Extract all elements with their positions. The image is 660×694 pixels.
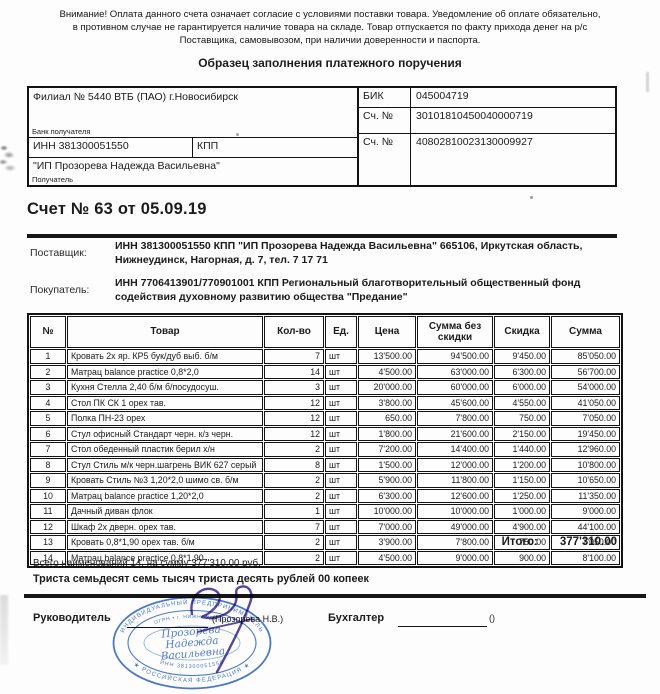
corr-account-value: 30101810450040000719	[411, 108, 615, 133]
account-label: Сч. №	[359, 134, 411, 185]
table-cell: 4'500.00	[358, 551, 416, 566]
items-header-row: № Товар Кол-во Ед. Цена Сумма без скидки…	[30, 316, 620, 348]
table-cell: 10'000.00	[417, 504, 493, 519]
bik-label: БИК	[359, 88, 411, 107]
table-cell: 4'550.00	[494, 396, 550, 411]
table-cell: шт	[325, 380, 357, 395]
table-row: 10Матрац balance practice 1,20*2,02шт6'3…	[30, 489, 620, 504]
table-cell: 1'800.00	[358, 427, 416, 442]
table-cell: 41'050.00	[551, 396, 620, 411]
table-cell: Дачный диван флок	[67, 504, 263, 519]
table-cell: Стол обеденный пластик берил х/н	[67, 442, 263, 457]
scan-artifact	[0, 140, 17, 174]
table-cell: 5'900.00	[358, 473, 416, 488]
table-cell: 12	[30, 520, 66, 535]
table-cell: 1'200.00	[494, 458, 550, 473]
table-row: 4Стол ПК СК 1 орех тав.12шт3'800.0045'60…	[30, 396, 620, 411]
table-cell: Стул Стиль м/к черн.шагрень ВИК 627 серы…	[67, 458, 263, 473]
table-cell: шт	[325, 442, 357, 457]
supplier-text: ИНН 381300051550 КПП "ИП Прозорева Надеж…	[115, 240, 622, 267]
table-cell: 3'800.00	[358, 396, 416, 411]
table-cell: 8'100.00	[551, 551, 620, 566]
table-cell: 13'500.00	[358, 349, 416, 364]
table-cell: Матрац balance practice 0,8*2,0	[67, 365, 263, 380]
inn-cell: ИНН 381300051550	[29, 138, 193, 157]
table-cell: 7	[264, 520, 324, 535]
scan-artifact	[530, 196, 533, 199]
table-cell: 56'700.00	[551, 365, 620, 380]
table-cell: 45'600.00	[417, 396, 493, 411]
table-cell: 7'000.00	[358, 520, 416, 535]
corr-account-label: Сч. №	[359, 108, 411, 133]
table-cell: Кухня Стелла 2,40 б/м б/посудосуш.	[67, 380, 263, 395]
payee-name: "ИП Прозорева Надежда Васильевна"	[33, 160, 220, 172]
table-cell: Полка ПН-23 орех	[67, 411, 263, 426]
col-header-sum: Сумма	[551, 316, 620, 348]
table-cell: 7	[30, 442, 66, 457]
bank-left-column: Филиал № 5440 ВТБ (ПАО) г.Новосибирск Ба…	[29, 88, 359, 185]
bank-right-column: БИК 045004719 Сч. № 30101810450040000719…	[359, 88, 615, 185]
table-cell: 12'000.00	[417, 458, 493, 473]
director-label: Руководитель	[33, 612, 111, 624]
table-row: 5Полка ПН-23 орех12шт650.007'800.00750.0…	[30, 411, 620, 426]
table-row: 12Шкаф 2х дверн. орех тав.7шт7'000.0049'…	[30, 520, 620, 535]
table-cell: 85'050.00	[551, 349, 620, 364]
account-row: Сч. № 40802810023130009927	[359, 134, 615, 185]
director-ink-signature	[172, 580, 272, 678]
col-header-qty: Кол-во	[264, 316, 324, 348]
buyer-text: ИНН 7706413901/770901001 КПП Региональны…	[115, 277, 622, 304]
table-cell: 7	[264, 349, 324, 364]
invoice-title: Счет № 63 от 05.09.19	[27, 200, 207, 219]
table-cell: 6'300.00	[494, 365, 550, 380]
bank-requisites-table: Филиал № 5440 ВТБ (ПАО) г.Новосибирск Ба…	[27, 86, 617, 187]
table-cell: 750.00	[494, 411, 550, 426]
table-row: 2Матрац balance practice 0,8*2,014шт4'50…	[30, 365, 620, 380]
table-cell: шт	[325, 520, 357, 535]
table-cell: 7'200.00	[358, 442, 416, 457]
col-header-product: Товар	[67, 316, 263, 348]
table-cell: 1'250.00	[494, 489, 550, 504]
table-cell: 2'150.00	[494, 427, 550, 442]
payment-sample-title: Образец заполнения платежного поручения	[0, 56, 660, 70]
table-cell: 1'500.00	[358, 458, 416, 473]
scan-artifact	[646, 72, 649, 92]
table-row: 9Кровать Стиль №3 1,20*2,0 шимо св. б/м2…	[30, 473, 620, 488]
col-header-num: №	[30, 316, 66, 348]
table-cell: шт	[325, 489, 357, 504]
table-cell: 63'000.00	[417, 365, 493, 380]
table-cell: 9	[30, 473, 66, 488]
table-cell: 1	[30, 349, 66, 364]
signature-stroke	[191, 586, 251, 672]
kpp-cell: КПП	[193, 138, 357, 157]
table-cell: 20'000.00	[358, 380, 416, 395]
bik-value: 045004719	[411, 88, 615, 107]
table-cell: 4	[30, 396, 66, 411]
items-table: № Товар Кол-во Ед. Цена Сумма без скидки…	[27, 313, 623, 568]
table-cell: 94'500.00	[417, 349, 493, 364]
table-row: 11Дачный диван флок1шт10'000.0010'000.00…	[30, 504, 620, 519]
table-cell: 2	[264, 473, 324, 488]
table-cell: 6'000.00	[494, 380, 550, 395]
table-cell: 10	[30, 489, 66, 504]
buyer-label: Покупатель:	[30, 277, 115, 304]
table-cell: 12'960.00	[551, 442, 620, 457]
buyer-row: Покупатель: ИНН 7706413901/770901001 КПП…	[30, 277, 622, 304]
table-cell: шт	[325, 473, 357, 488]
table-cell: 2	[264, 551, 324, 566]
table-row: 7Стол обеденный пластик берил х/н2шт7'20…	[30, 442, 620, 457]
table-cell: 10'800.00	[551, 458, 620, 473]
table-cell: 9'450.00	[494, 349, 550, 364]
table-cell: 3	[30, 380, 66, 395]
table-cell: 21'600.00	[417, 427, 493, 442]
table-cell: 2	[30, 365, 66, 380]
table-cell: шт	[325, 427, 357, 442]
table-cell: Стол ПК СК 1 орех тав.	[67, 396, 263, 411]
items-tbody: 1Кровать 2х яр. КР5 бук/дуб выб. б/м7шт1…	[30, 349, 620, 565]
table-cell: 650.00	[358, 411, 416, 426]
col-header-discount: Скидка	[494, 316, 550, 348]
table-row: 3Кухня Стелла 2,40 б/м б/посудосуш.3шт20…	[30, 380, 620, 395]
total-value: 377'310.00	[560, 536, 617, 548]
total-label: Итого:	[502, 536, 538, 548]
table-cell: Кровать 2х яр. КР5 бук/дуб выб. б/м	[67, 349, 263, 364]
table-cell: 5	[30, 411, 66, 426]
payee-label: Получатель	[32, 175, 73, 184]
table-cell: 11	[30, 504, 66, 519]
table-row: 8Стул Стиль м/к черн.шагрень ВИК 627 сер…	[30, 458, 620, 473]
table-cell: Матрац balance practice 1,20*2,0	[67, 489, 263, 504]
table-cell: 19'450.00	[551, 427, 620, 442]
table-cell: 6	[30, 427, 66, 442]
table-cell: 11'800.00	[417, 473, 493, 488]
table-cell: 1'150.00	[494, 473, 550, 488]
table-cell: 12	[264, 396, 324, 411]
items-count-line: Всего наименований 14, на сумму 377'310.…	[33, 558, 261, 569]
scan-artifact	[0, 595, 8, 665]
table-cell: 2	[264, 489, 324, 504]
table-cell: 44'100.00	[551, 520, 620, 535]
table-cell: 12	[264, 427, 324, 442]
supplier-row: Поставщик: ИНН 381300051550 КПП "ИП Проз…	[30, 240, 622, 267]
table-cell: 4'500.00	[358, 365, 416, 380]
table-cell: 4'900.00	[494, 520, 550, 535]
table-cell: 9'000.00	[551, 504, 620, 519]
table-cell: 2	[264, 442, 324, 457]
table-cell: 11'350.00	[551, 489, 620, 504]
table-cell: шт	[325, 411, 357, 426]
table-cell: 7'050.00	[551, 411, 620, 426]
table-cell: 7'800.00	[417, 411, 493, 426]
table-cell: Шкаф 2х дверн. орех тав.	[67, 520, 263, 535]
bank-name-cell: Филиал № 5440 ВТБ (ПАО) г.Новосибирск Ба…	[29, 88, 357, 138]
table-cell: 10'000.00	[358, 504, 416, 519]
table-cell: 14	[264, 365, 324, 380]
table-cell: 9'000.00	[417, 551, 493, 566]
table-cell: 3	[264, 380, 324, 395]
table-cell: 8	[264, 458, 324, 473]
table-cell: 49'000.00	[417, 520, 493, 535]
bank-name: Филиал № 5440 ВТБ (ПАО) г.Новосибирск	[33, 91, 238, 103]
supplier-label: Поставщик:	[30, 240, 115, 267]
table-row: 1Кровать 2х яр. КР5 бук/дуб выб. б/м7шт1…	[30, 349, 620, 364]
divider-line	[27, 234, 617, 238]
col-header-sum-before: Сумма без скидки	[417, 316, 493, 348]
table-cell: 14'400.00	[417, 442, 493, 457]
scanned-invoice-page: Внимание! Оплата данного счета означает …	[0, 0, 660, 694]
col-header-unit: Ед.	[325, 316, 357, 348]
table-cell: шт	[325, 551, 357, 566]
table-cell: 6'300.00	[358, 489, 416, 504]
table-cell: 54'000.00	[551, 380, 620, 395]
col-header-price: Цена	[358, 316, 416, 348]
account-value: 40802810023130009927	[411, 134, 615, 185]
table-cell: 60'000.00	[417, 380, 493, 395]
table-cell: 8	[30, 458, 66, 473]
accountant-signature-line	[398, 626, 487, 627]
table-cell: шт	[325, 458, 357, 473]
table-cell: шт	[325, 365, 357, 380]
table-cell: 12	[264, 411, 324, 426]
totals-row: Итого: 377'310.00	[27, 536, 617, 548]
table-cell: 1'440.00	[494, 442, 550, 457]
table-cell: шт	[325, 396, 357, 411]
table-cell: 10'650.00	[551, 473, 620, 488]
accountant-name: ()	[489, 613, 495, 623]
table-cell: шт	[325, 349, 357, 364]
signature-flourish	[198, 619, 252, 632]
table-cell: 12'600.00	[417, 489, 493, 504]
bank-name-label: Банк получателя	[32, 127, 90, 136]
payee-cell: "ИП Прозорева Надежда Васильевна" Получа…	[29, 158, 357, 185]
attention-text: Внимание! Оплата данного счета означает …	[58, 8, 602, 47]
table-row: 6Стул офисный Стандарт черн. к/з черн.12…	[30, 427, 620, 442]
table-cell: Кровать Стиль №3 1,20*2,0 шимо св. б/м	[67, 473, 263, 488]
accountant-label: Бухгалтер	[328, 612, 384, 624]
table-cell: 1	[264, 504, 324, 519]
table-cell: 900.00	[494, 551, 550, 566]
table-cell: Стул офисный Стандарт черн. к/з черн.	[67, 427, 263, 442]
table-cell: шт	[325, 504, 357, 519]
corr-account-row: Сч. № 30101810450040000719	[359, 108, 615, 134]
bik-row: БИК 045004719	[359, 88, 615, 108]
table-cell: 1'000.00	[494, 504, 550, 519]
inn-kpp-row: ИНН 381300051550 КПП	[29, 138, 357, 158]
